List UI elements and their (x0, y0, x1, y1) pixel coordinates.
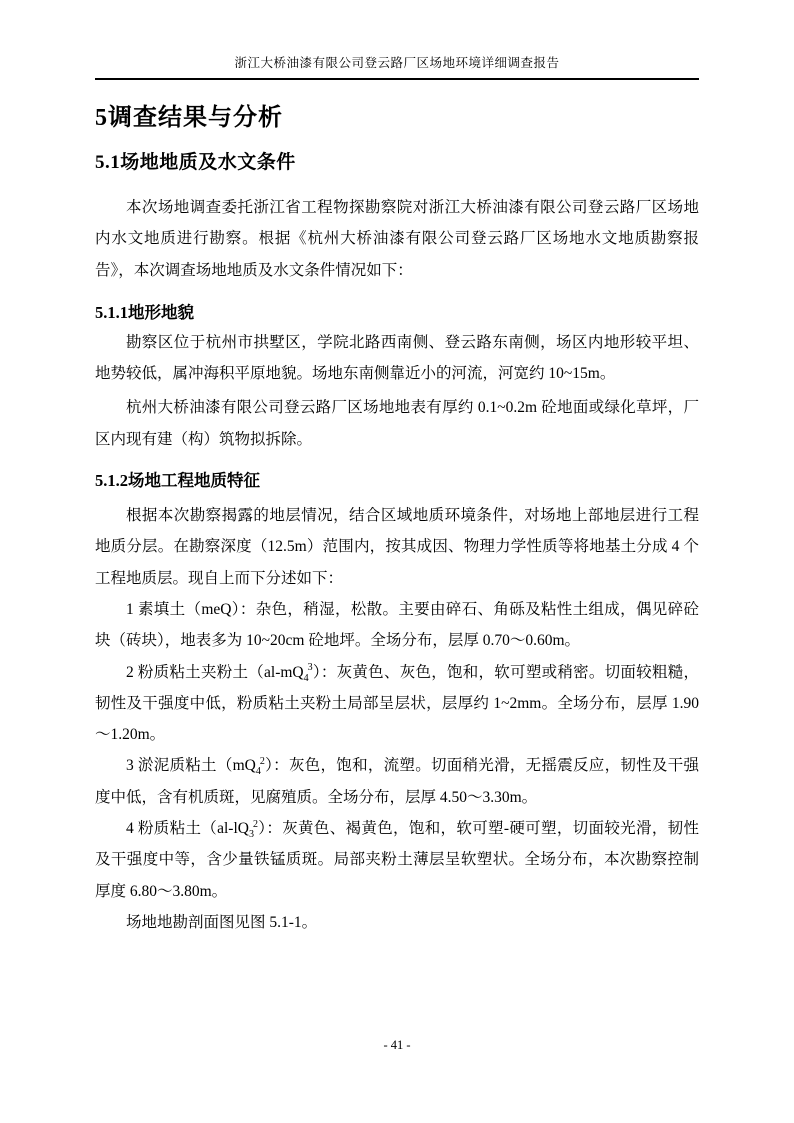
page-number: - 41 - (383, 1038, 410, 1052)
formula-subscript: 4 (304, 673, 309, 684)
closing-reference-paragraph: 场地地勘剖面图见图 5.1-1。 (95, 907, 699, 938)
soil-layer-item-3: 3 淤泥质粘土（mQ42）：灰色，饱和，流塑。切面稍光滑，无摇震反应，韧性及干强… (95, 750, 699, 813)
soil-layer-item-2: 2 粉质粘土夹粉土（al-mQ43）：灰黄色、灰色，饱和，软可塑或稍密。切面较粗… (95, 657, 699, 751)
chapter-heading: 5调查结果与分析 (95, 104, 699, 132)
page-header: 浙江大桥油漆有限公司登云路厂区场地环境详细调查报告 (95, 56, 699, 80)
soil-layer-text: 1 素填土（meQ）：杂色，稍湿，松散。主要由碎石、角砾及粘性土组成，偶见碎砼块… (95, 601, 699, 649)
soil-layer-text: 3 淤泥质粘土（mQ (126, 757, 256, 774)
subsection-heading-geology: 5.1.2场地工程地质特征 (95, 471, 699, 491)
soil-layer-text: 2 粉质粘土夹粉土（al-mQ (126, 664, 304, 681)
topography-paragraph-1: 勘察区位于杭州市拱墅区，学院北路西南侧、登云路东南侧，场区内地形较平坦、地势较低… (95, 327, 699, 390)
section-heading: 5.1场地地质及水文条件 (95, 151, 699, 174)
document-page: 浙江大桥油漆有限公司登云路厂区场地环境详细调查报告 5调查结果与分析 5.1场地… (0, 0, 794, 1123)
soil-layer-text: 4 粉质粘土（al-lQ (126, 820, 249, 837)
section-intro-paragraph: 本次场地调查委托浙江省工程物探勘察院对浙江大桥油漆有限公司登云路厂区场地内水文地… (95, 192, 699, 286)
formula-subscript: 4 (256, 767, 261, 778)
soil-layer-item-4: 4 粉质粘土（al-lQ32）：灰黄色、褐黄色，饱和，软可塑-硬可塑，切面较光滑… (95, 813, 699, 907)
soil-layer-item-1: 1 素填土（meQ）：杂色，稍湿，松散。主要由碎石、角砾及粘性土组成，偶见碎砼块… (95, 594, 699, 657)
report-header-title: 浙江大桥油漆有限公司登云路厂区场地环境详细调查报告 (234, 56, 559, 70)
page-footer: - 41 - (0, 1038, 794, 1053)
topography-paragraph-2: 杭州大桥油漆有限公司登云路厂区场地地表有厚约 0.1~0.2m 砼地面或绿化草坪… (95, 392, 699, 455)
subsection-heading-topography: 5.1.1地形地貌 (95, 303, 699, 323)
formula-subscript: 3 (249, 829, 254, 840)
geology-intro-paragraph: 根据本次勘察揭露的地层情况，结合区域地质环境条件，对场地上部地层进行工程地质分层… (95, 500, 699, 594)
